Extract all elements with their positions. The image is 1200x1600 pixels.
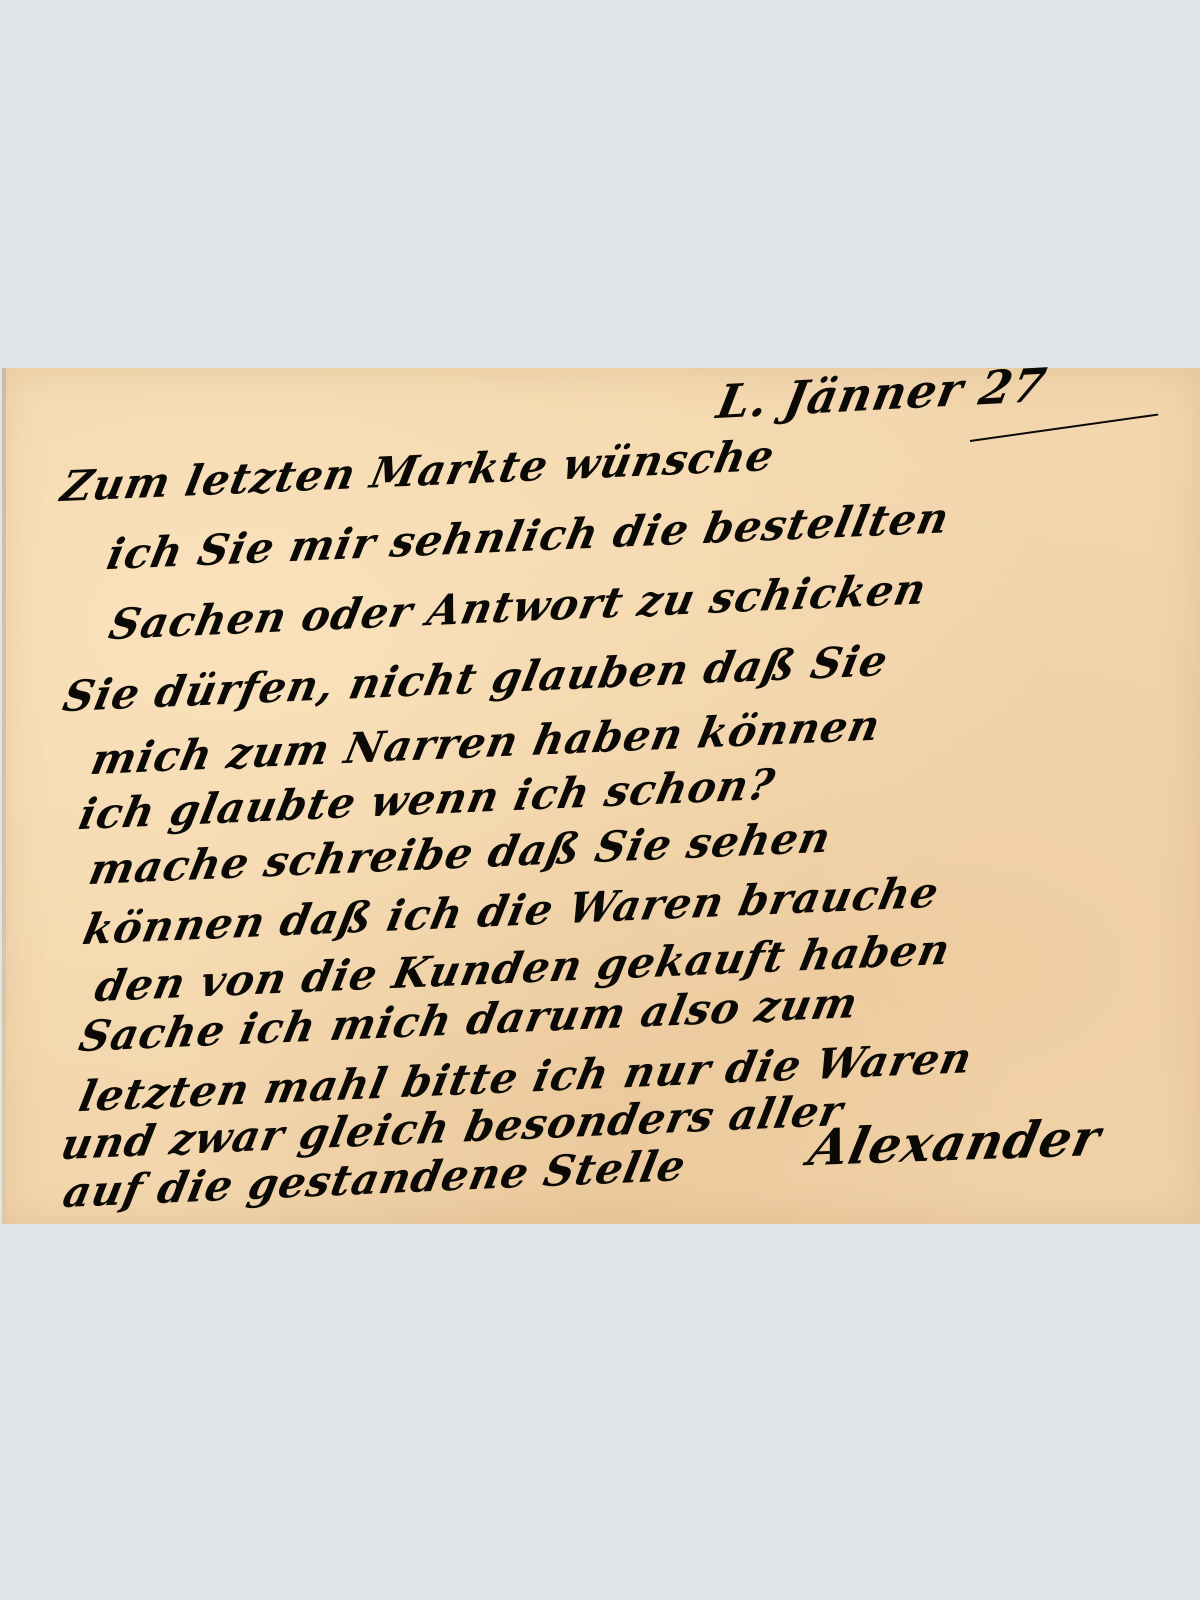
signature: Alexander [804,1108,1107,1178]
